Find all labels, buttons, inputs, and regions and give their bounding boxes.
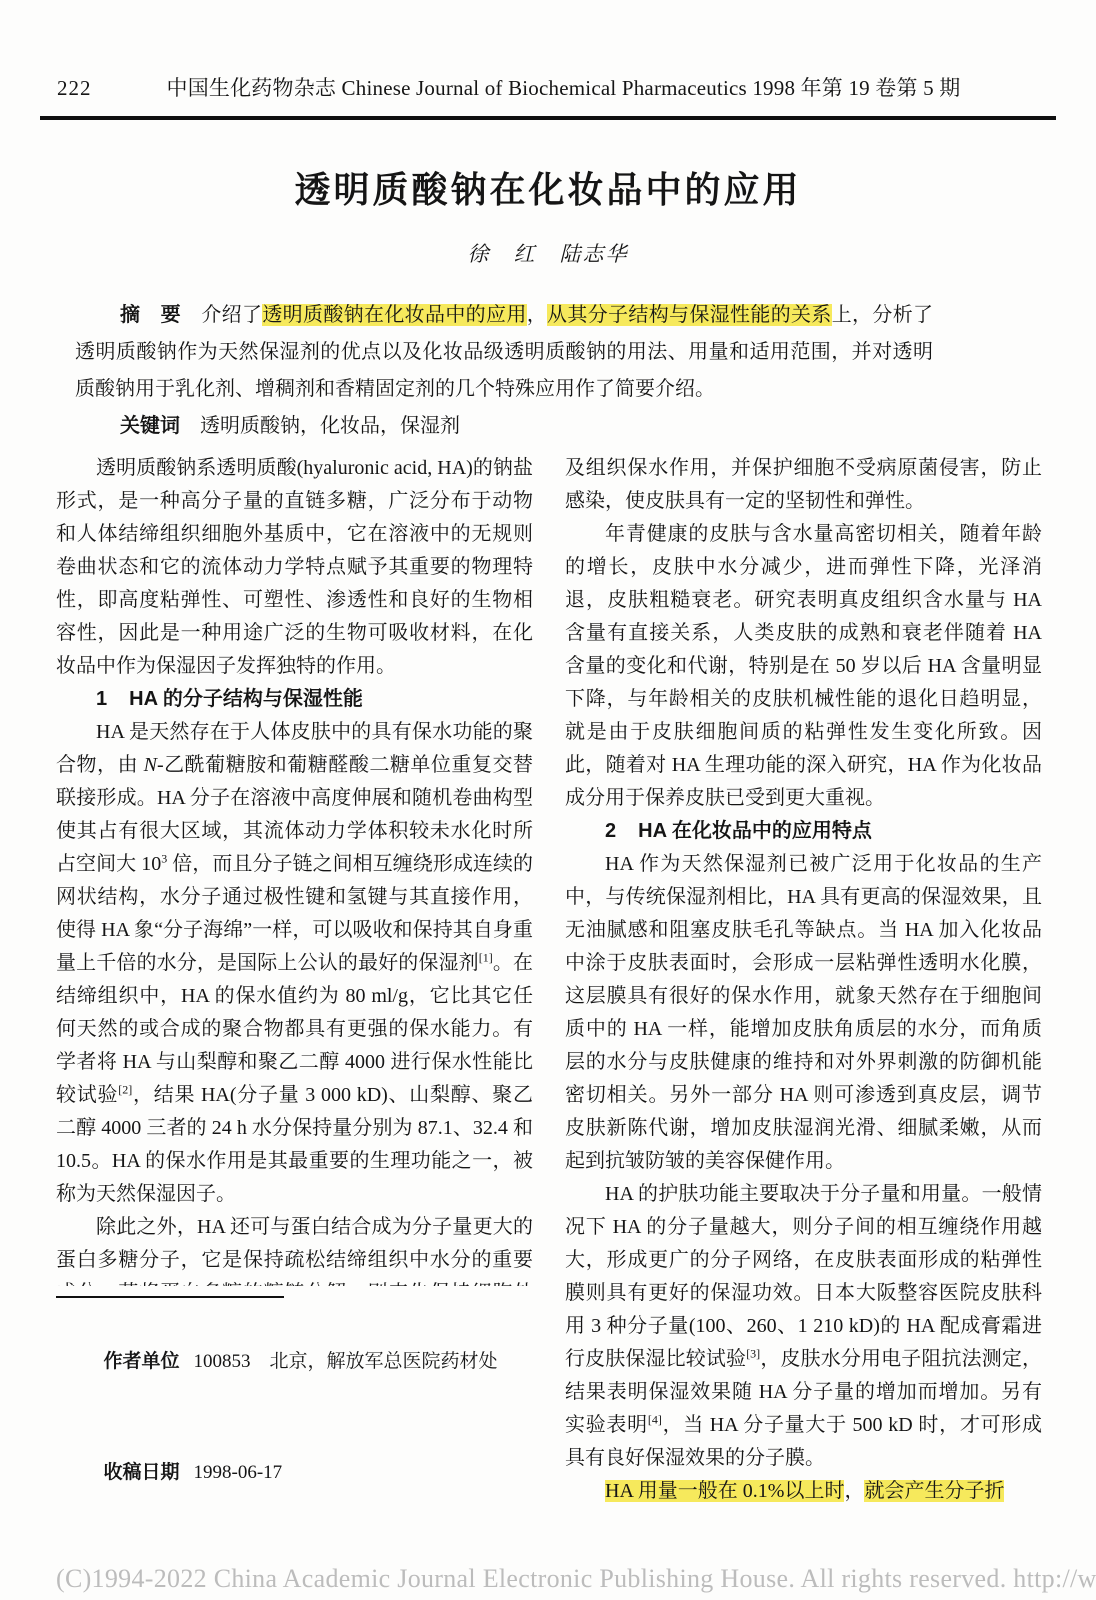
paragraph-skin-age: 年青健康的皮肤与含水量高密切相关，随着年龄的增长，皮肤中水分减少，进而弹性下降，… bbox=[565, 518, 1042, 815]
footnote-affiliation: 作者单位100853 北京，解放军总医院药材处 bbox=[56, 1306, 533, 1417]
right-column: 及组织保水作用，并保护细胞不受病原菌侵害，防止感染，使皮肤具有一定的坚韧性和弹性… bbox=[565, 452, 1042, 1530]
left-column: 透明质酸钠系透明质酸(hyaluronic acid, HA)的钠盐形式，是一种… bbox=[56, 452, 533, 1530]
footnote-rule bbox=[56, 1296, 284, 1298]
journal-title-line: 中国生化药物杂志 Chinese Journal of Biochemical … bbox=[167, 72, 961, 102]
paragraph-application: HA 作为天然保湿剂已被广泛用于化妆品的生产中，与传统保湿剂相比，HA 具有更高… bbox=[565, 848, 1042, 1178]
keywords-line: 关键词 透明质酸钠，化妆品，保湿剂 bbox=[75, 408, 933, 445]
footnote-received-text: 1998-06-17 bbox=[194, 1462, 283, 1483]
cnki-watermark: (C)1994-2022 China Academic Journal Elec… bbox=[56, 1564, 1096, 1594]
abstract-block: 摘 要 介绍了透明质酸钠在化妆品中的应用，从其分子结构与保湿性能的关系上，分析了… bbox=[75, 297, 933, 445]
section-2-number: 2 bbox=[605, 820, 616, 842]
author-footnote: 作者单位100853 北京，解放军总医院药材处 收稿日期1998-06-17 bbox=[56, 1286, 533, 1528]
paragraph-structure: HA 是天然存在于人体皮肤中的具有保水功能的聚合物，由 N-乙酰葡糖胺和葡糖醛酸… bbox=[56, 716, 533, 1211]
section-2-title: HA 在化妆品中的应用特点 bbox=[638, 820, 872, 842]
running-head: 222 中国生化药物杂志 Chinese Journal of Biochemi… bbox=[57, 72, 1056, 102]
footnote-affiliation-label: 作者单位 bbox=[104, 1351, 180, 1372]
paragraph-intro: 透明质酸钠系透明质酸(hyaluronic acid, HA)的钠盐形式，是一种… bbox=[56, 452, 533, 683]
journal-page: 222 中国生化药物杂志 Chinese Journal of Biochemi… bbox=[0, 0, 1096, 1600]
header-rule bbox=[40, 116, 1056, 120]
paragraph-molecular-weight: HA 的护肤功能主要取决于分子量和用量。一般情况下 HA 的分子量越大，则分子间… bbox=[565, 1178, 1042, 1475]
page-number: 222 bbox=[57, 76, 92, 101]
abstract-paragraph: 摘 要 介绍了透明质酸钠在化妆品中的应用，从其分子结构与保湿性能的关系上，分析了… bbox=[75, 297, 933, 408]
section-1-heading: 1HA 的分子结构与保湿性能 bbox=[56, 683, 533, 716]
authors-line: 徐 红 陆志华 bbox=[0, 238, 1096, 268]
section-1-number: 1 bbox=[96, 688, 107, 710]
article-title: 透明质酸钠在化妆品中的应用 bbox=[0, 162, 1096, 213]
section-1-title: HA 的分子结构与保湿性能 bbox=[129, 688, 363, 710]
footnote-affiliation-text: 100853 北京，解放军总医院药材处 bbox=[194, 1351, 498, 1372]
section-2-heading: 2HA 在化妆品中的应用特点 bbox=[565, 815, 1042, 848]
paragraph-continuation: 及组织保水作用，并保护细胞不受病原菌侵害，防止感染，使皮肤具有一定的坚韧性和弹性… bbox=[565, 452, 1042, 518]
footnote-received-date: 收稿日期1998-06-17 bbox=[56, 1417, 533, 1528]
body-columns: 透明质酸钠系透明质酸(hyaluronic acid, HA)的钠盐形式，是一种… bbox=[56, 452, 1042, 1530]
footnote-received-label: 收稿日期 bbox=[104, 1462, 180, 1483]
paragraph-dosage-highlighted: HA 用量一般在 0.1%以上时，就会产生分子折 bbox=[565, 1475, 1042, 1508]
